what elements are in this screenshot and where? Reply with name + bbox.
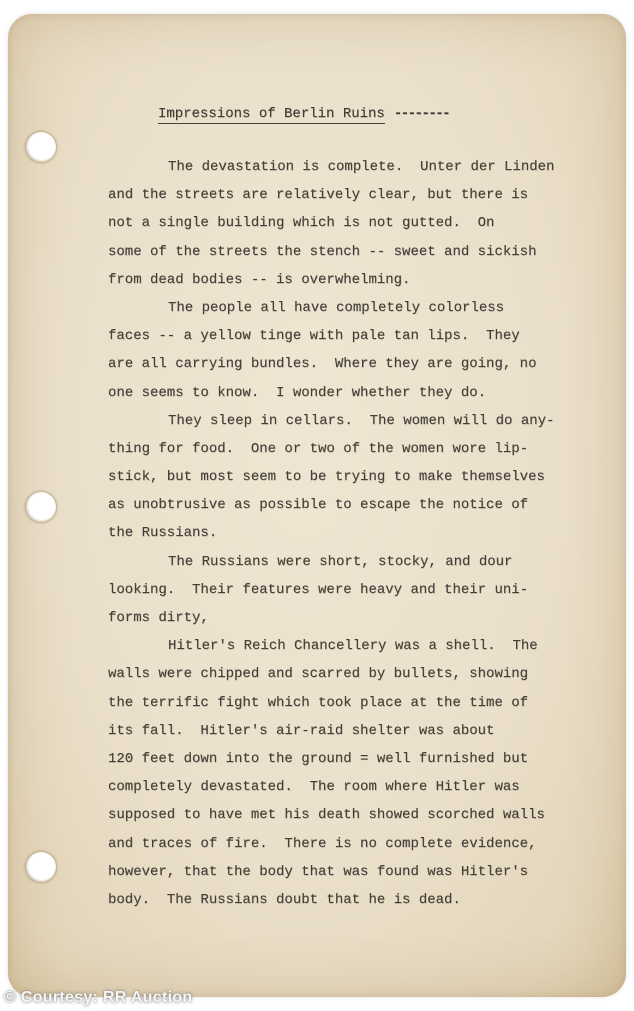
typed-line: The Russians were short, stocky, and dou… <box>108 548 588 576</box>
typed-line: are all carrying bundles. Where they are… <box>108 350 588 378</box>
typed-line: walls were chipped and scarred by bullet… <box>108 660 588 688</box>
typed-line: and the streets are relatively clear, bu… <box>108 181 588 209</box>
watermark-credit: © Courtesy: RR Auction <box>4 989 192 1007</box>
typed-line: completely devastated. The room where Hi… <box>108 773 588 801</box>
typed-line: the terrific fight which took place at t… <box>108 689 588 717</box>
typed-line: 120 feet down into the ground = well fur… <box>108 745 588 773</box>
typed-line: faces -- a yellow tinge with pale tan li… <box>108 322 588 350</box>
typed-line: The devastation is complete. Unter der L… <box>108 153 588 181</box>
typed-line: as unobtrusive as possible to escape the… <box>108 491 588 519</box>
typed-line: supposed to have met his death showed sc… <box>108 801 588 829</box>
punch-hole-bottom <box>26 852 56 882</box>
typed-line: some of the streets the stench -- sweet … <box>108 238 588 266</box>
punch-hole-top <box>26 132 56 162</box>
typed-line: its fall. Hitler's air-raid shelter was … <box>108 717 588 745</box>
typed-line: thing for food. One or two of the women … <box>108 435 588 463</box>
typed-line: The people all have completely colorless <box>108 294 588 322</box>
typed-line: however, that the body that was found wa… <box>108 858 588 886</box>
scanned-document-page: Impressions of Berlin Ruins-------- The … <box>0 0 634 1011</box>
page-title: Impressions of Berlin Ruins-------- <box>158 100 449 128</box>
typed-line: They sleep in cellars. The women will do… <box>108 407 588 435</box>
typed-line: forms dirty, <box>108 604 588 632</box>
typed-line: from dead bodies -- is overwhelming. <box>108 266 588 294</box>
page-title-text: Impressions of Berlin Ruins <box>158 106 385 124</box>
typed-line: Hitler's Reich Chancellery was a shell. … <box>108 632 588 660</box>
typed-line: not a single building which is not gutte… <box>108 209 588 237</box>
typed-line: stick, but most seem to be trying to mak… <box>108 463 588 491</box>
typed-line: looking. Their features were heavy and t… <box>108 576 588 604</box>
typed-line: and traces of fire. There is no complete… <box>108 830 588 858</box>
typed-line: one seems to know. I wonder whether they… <box>108 379 588 407</box>
typed-line: the Russians. <box>108 519 588 547</box>
typed-line: body. The Russians doubt that he is dead… <box>108 886 588 914</box>
title-dashes: -------- <box>394 106 449 122</box>
punch-hole-middle <box>26 492 56 522</box>
paper-sheet: Impressions of Berlin Ruins-------- The … <box>8 14 626 997</box>
typed-lines: The devastation is complete. Unter der L… <box>108 153 588 914</box>
